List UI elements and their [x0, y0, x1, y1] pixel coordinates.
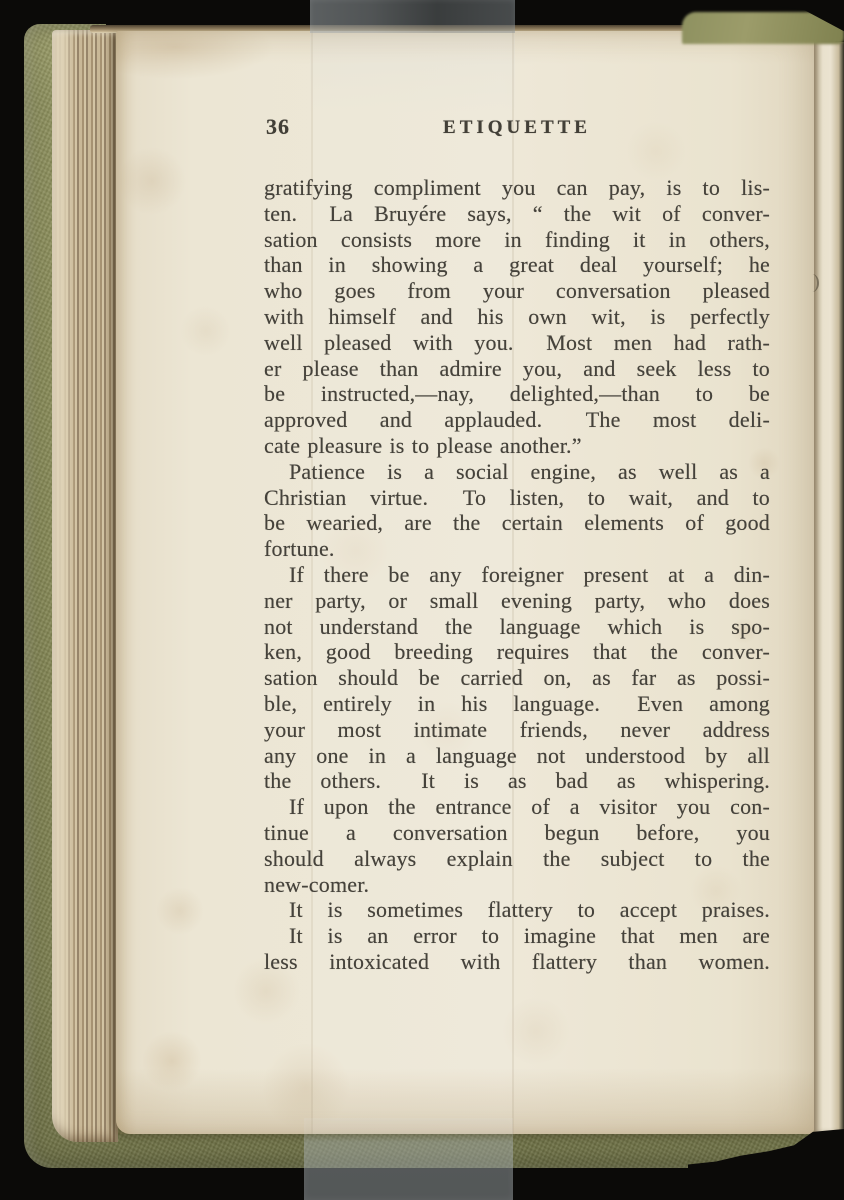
text-line: If there be any foreigner present at a d… [264, 562, 770, 588]
text-line: should always explain the subject to the [264, 846, 770, 872]
text-line: be instructed,—nay, delighted,—than to b… [264, 381, 770, 407]
text-line: ner party, or small evening party, who d… [264, 588, 770, 614]
page-header: 36 ETIQUETTE [264, 114, 770, 142]
text-line: It is an error to imagine that men are [264, 923, 770, 949]
text-line: approved and applauded. The most deli- [264, 407, 770, 433]
text-line: the others. It is as bad as whispering. [264, 768, 770, 794]
text-line: be wearied, are the certain elements of … [264, 510, 770, 536]
tape-strip-top-shadow [310, 33, 515, 113]
text-line: sation consists more in finding it in ot… [264, 227, 770, 253]
text-line: well pleased with you. Most men had rath… [264, 330, 770, 356]
text-line: It is sometimes flattery to accept prais… [264, 897, 770, 923]
facing-page-edge [814, 42, 844, 1132]
text-line: ble, entirely in his language. Even amon… [264, 691, 770, 717]
text-line: Patience is a social engine, as well as … [264, 459, 770, 485]
tape-strip-top [310, 0, 515, 33]
text-line: Christian virtue. To listen, to wait, an… [264, 485, 770, 511]
text-line: tinue a conversation begun before, you [264, 820, 770, 846]
page-text: gratifying compliment you can pay, is to… [264, 175, 770, 975]
running-header: ETIQUETTE [264, 117, 770, 139]
text-line: If upon the entrance of a visitor you co… [264, 794, 770, 820]
text-line: er please than admire you, and seek less… [264, 356, 770, 382]
text-line: who goes from your conversation pleased [264, 278, 770, 304]
text-line: new-comer. [264, 872, 770, 898]
text-line: fortune. [264, 536, 770, 562]
text-line: your most intimate friends, never addres… [264, 717, 770, 743]
page-edges [52, 30, 118, 1142]
text-line: gratifying compliment you can pay, is to… [264, 175, 770, 201]
text-line: less intoxicated with flattery than wome… [264, 949, 770, 975]
text-line: ten. La Bruyére says, “ the wit of conve… [264, 201, 770, 227]
text-line: cate pleasure is to please another.” [264, 433, 770, 459]
text-line: sation should be carried on, as far as p… [264, 665, 770, 691]
tape-strip-bottom [304, 1118, 513, 1200]
text-line: any one in a language not understood by … [264, 743, 770, 769]
book-photo: 36 ETIQUETTE gratifying compliment you c… [0, 0, 844, 1200]
text-line: not understand the language which is spo… [264, 614, 770, 640]
text-line: ken, good breeding requires that the con… [264, 639, 770, 665]
text-line: than in showing a great deal yourself; h… [264, 252, 770, 278]
text-line: with himself and his own wit, is perfect… [264, 304, 770, 330]
